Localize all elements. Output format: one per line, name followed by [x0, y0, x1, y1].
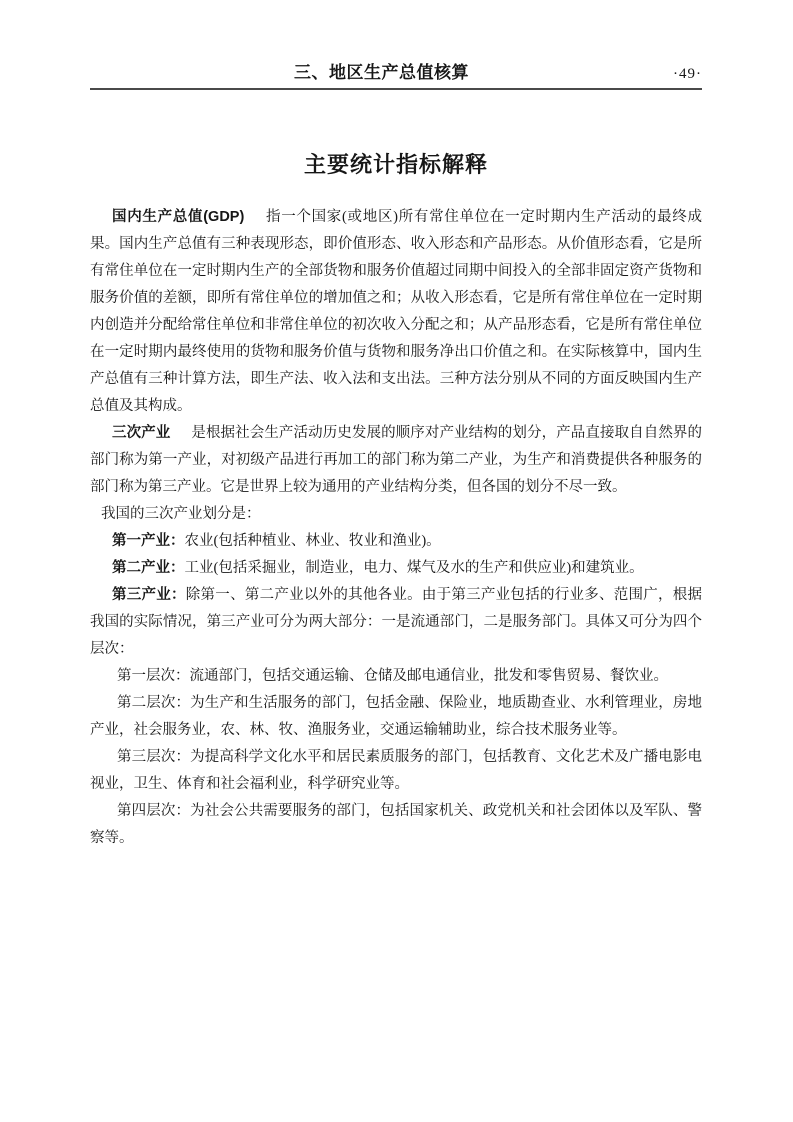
- term-secondary-industry: 第二产业：: [112, 560, 185, 576]
- document-page: 三、地区生产总值核算 ·49· 主要统计指标解释 国内生产总值(GDP)指一个国…: [0, 0, 793, 1122]
- term-tertiary-industry: 第三产业：: [112, 587, 186, 603]
- paragraph-tertiary-industry: 第三产业：除第一、第二产业以外的其他各业。由于第三产业包括的行业多、范围广，根据…: [90, 582, 702, 663]
- paragraph-level-1: 第一层次：流通部门，包括交通运输、仓储及邮电通信业，批发和零售贸易、餐饮业。: [90, 663, 702, 690]
- paragraph-level-3-text: 第三层次：为提高科学文化水平和居民素质服务的部门，包括教育、文化艺术及广播电影电…: [90, 749, 702, 792]
- paragraph-level-1-text: 第一层次：流通部门，包括交通运输、仓储及邮电通信业，批发和零售贸易、餐饮业。: [117, 668, 668, 684]
- term-primary-industry: 第一产业：: [112, 533, 185, 549]
- paragraph-primary-industry-text: 农业(包括种植业、林业、牧业和渔业)。: [185, 533, 441, 549]
- page-number: ·49·: [673, 64, 702, 84]
- paragraph-primary-industry: 第一产业：农业(包括种植业、林业、牧业和渔业)。: [90, 528, 702, 555]
- paragraph-level-4: 第四层次：为社会公共需要服务的部门，包括国家机关、政党机关和社会团体以及军队、警…: [90, 798, 702, 852]
- body-text: 国内生产总值(GDP)指一个国家(或地区)所有常住单位在一定时期内生产活动的最终…: [90, 204, 702, 852]
- page-title: 主要统计指标解释: [90, 150, 702, 180]
- paragraph-division-intro: 我国的三次产业划分是：: [90, 501, 702, 528]
- term-gdp: 国内生产总值(GDP): [112, 209, 244, 225]
- term-three-industries: 三次产业: [112, 425, 170, 441]
- running-header: 三、地区生产总值核算 ·49·: [90, 63, 702, 90]
- paragraph-gdp-definition: 国内生产总值(GDP)指一个国家(或地区)所有常住单位在一定时期内生产活动的最终…: [90, 204, 702, 420]
- paragraph-three-industries-definition: 三次产业是根据社会生产活动历史发展的顺序对产业结构的划分，产品直接取自自然界的部…: [90, 420, 702, 501]
- paragraph-gdp-text: 指一个国家(或地区)所有常住单位在一定时期内生产活动的最终成果。国内生产总值有三…: [90, 209, 702, 414]
- paragraph-level-2-text: 第二层次：为生产和生活服务的部门，包括金融、保险业，地质勘查业、水利管理业，房地…: [90, 695, 702, 738]
- paragraph-secondary-industry: 第二产业：工业(包括采掘业，制造业，电力、煤气及水的生产和供应业)和建筑业。: [90, 555, 702, 582]
- paragraph-secondary-industry-text: 工业(包括采掘业，制造业，电力、煤气及水的生产和供应业)和建筑业。: [185, 560, 644, 576]
- paragraph-level-2: 第二层次：为生产和生活服务的部门，包括金融、保险业，地质勘查业、水利管理业，房地…: [90, 690, 702, 744]
- paragraph-three-industries-text: 是根据社会生产活动历史发展的顺序对产业结构的划分，产品直接取自自然界的部门称为第…: [90, 425, 702, 495]
- paragraph-level-4-text: 第四层次：为社会公共需要服务的部门，包括国家机关、政党机关和社会团体以及军队、警…: [90, 803, 702, 846]
- paragraph-level-3: 第三层次：为提高科学文化水平和居民素质服务的部门，包括教育、文化艺术及广播电影电…: [90, 744, 702, 798]
- chapter-title: 三、地区生产总值核算: [294, 63, 469, 83]
- paragraph-division-intro-text: 我国的三次产业划分是：: [101, 506, 261, 522]
